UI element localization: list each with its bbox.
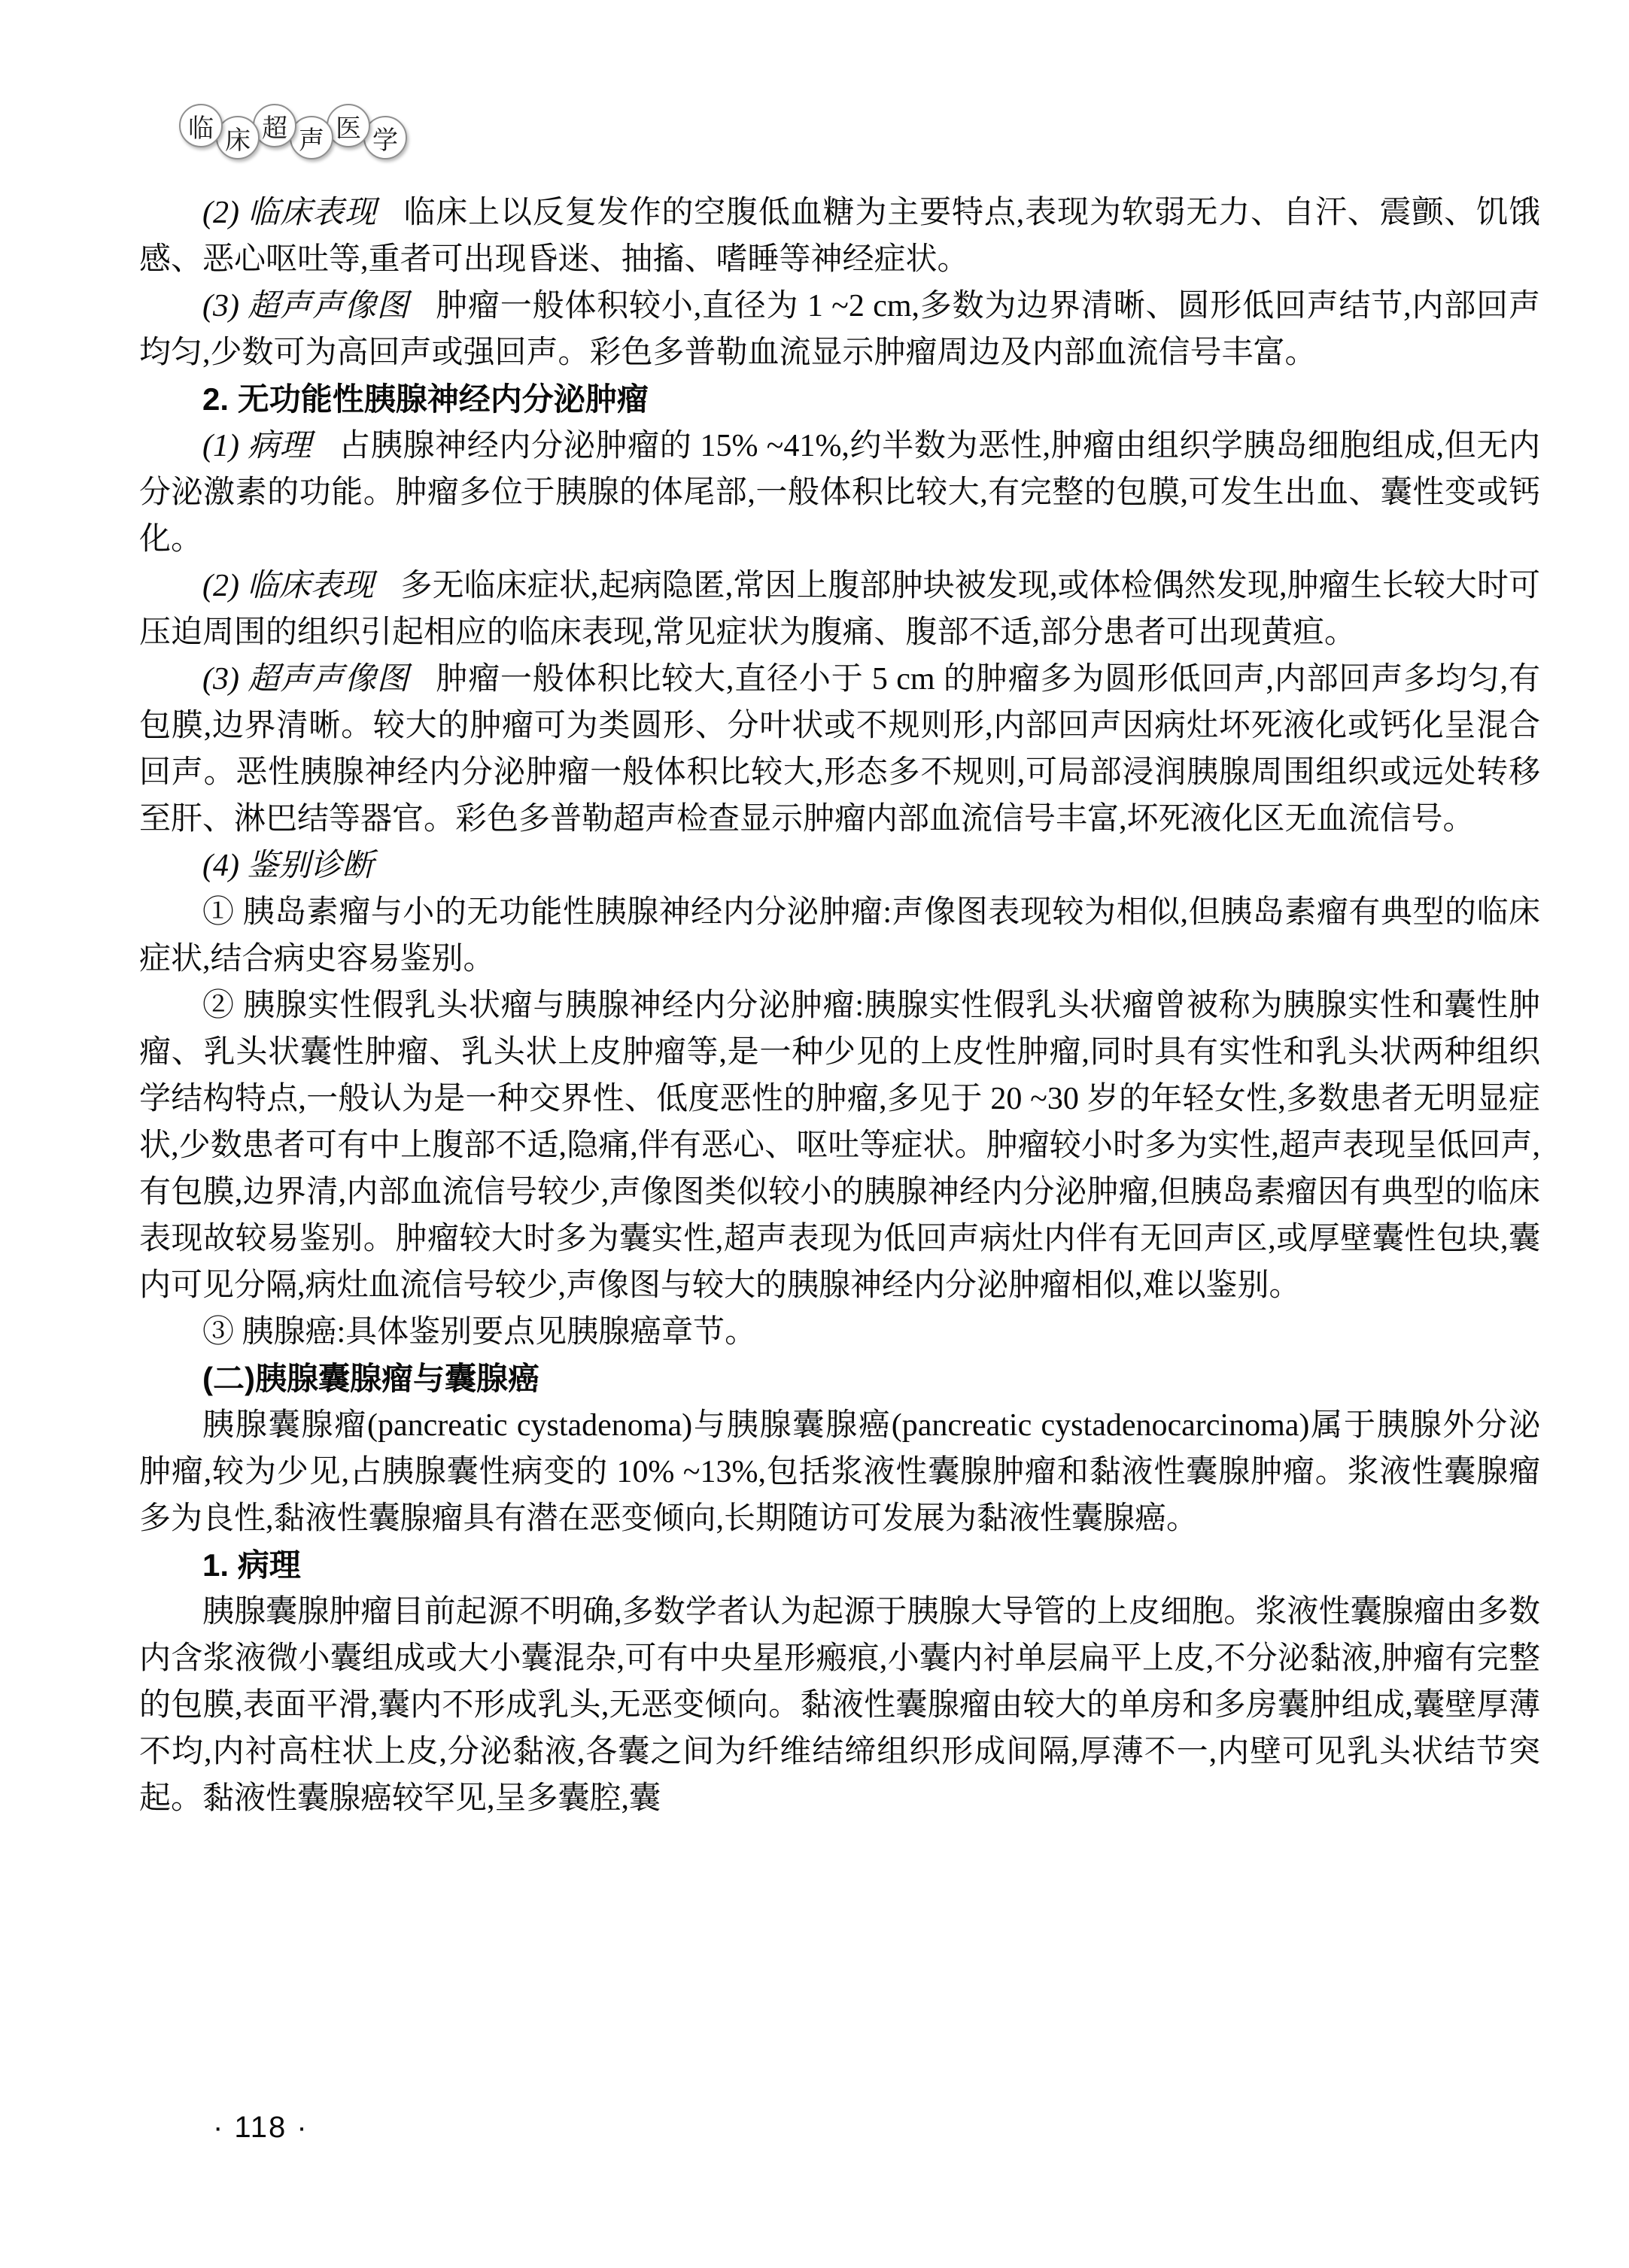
logo-char: 临 [179,104,223,147]
kaiti-label: (2) 临床表现 [202,196,377,230]
page-content: (2) 临床表现临床上以反复发作的空腹低血糖为主要特点,表现为软弱无力、自汗、震… [139,190,1540,1822]
para-diff-1-insulinoma: ① 胰岛素瘤与小的无功能性胰腺神经内分泌肿瘤:声像图表现较为相似,但胰岛素瘤有典… [139,889,1540,982]
page-footer: · 118 · [213,2111,308,2145]
kaiti-label: (2) 临床表现 [202,569,374,603]
book-page: 临床超声医学 (2) 临床表现临床上以反复发作的空腹低血糖为主要特点,表现为软弱… [0,0,1629,2268]
kaiti-label: (3) 超声声像图 [202,662,409,697]
page-number: · 118 · [213,2111,308,2144]
heading-nonfunctional-pnet: 2. 无功能性胰腺神经内分泌肿瘤 [139,376,1540,423]
para-insulinoma-clinical: (2) 临床表现临床上以反复发作的空腹低血糖为主要特点,表现为软弱无力、自汗、震… [139,190,1540,283]
heading-cystadenoma-pathology: 1. 病理 [139,1542,1540,1589]
para-differential-diagnosis: (4) 鉴别诊断 [139,843,1540,889]
para-diff-3-cancer: ③ 胰腺癌:具体鉴别要点见胰腺癌章节。 [139,1309,1540,1356]
book-logo: 临床超声医学 [179,104,420,187]
kaiti-label: (4) 鉴别诊断 [202,849,373,883]
para-pnet-clinical: (2) 临床表现多无临床症状,起病隐匿,常因上腹部肿块被发现,或体检偶然发现,肿… [139,563,1540,656]
para-insulinoma-sonogram: (3) 超声声像图肿瘤一般体积较小,直径为 1 ~2 cm,多数为边界清晰、圆形… [139,283,1540,376]
para-diff-2-spt: ② 胰腺实性假乳头状瘤与胰腺神经内分泌肿瘤:胰腺实性假乳头状瘤曾被称为胰腺实性和… [139,982,1540,1309]
kaiti-label: (3) 超声声像图 [202,289,409,323]
para-pnet-sonogram: (3) 超声声像图肿瘤一般体积比较大,直径小于 5 cm 的肿瘤多为圆形低回声,… [139,656,1540,843]
para-cystadenoma-intro: 胰腺囊腺瘤(pancreatic cystadenoma)与胰腺囊腺癌(panc… [139,1402,1540,1542]
heading-cystadenoma-section: (二)胰腺囊腺瘤与囊腺癌 [139,1356,1540,1402]
para-cystadenoma-pathology: 胰腺囊腺肿瘤目前起源不明确,多数学者认为起源于胰腺大导管的上皮细胞。浆液性囊腺瘤… [139,1589,1540,1822]
kaiti-label: (1) 病理 [202,429,312,463]
logo-char: 超 [253,104,296,147]
para-pnet-pathology: (1) 病理占胰腺神经内分泌肿瘤的 15% ~41%,约半数为恶性,肿瘤由组织学… [139,423,1540,563]
logo-char: 医 [327,104,370,147]
